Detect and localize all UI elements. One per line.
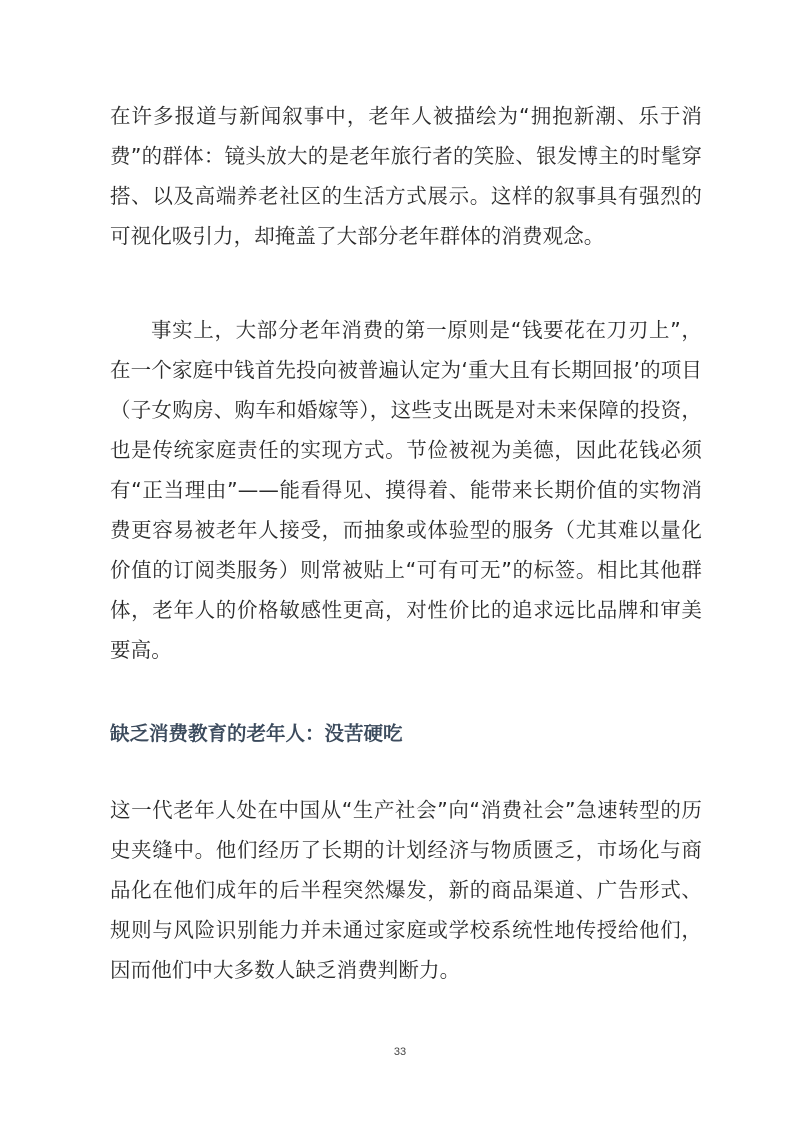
paragraph-consumer-education: 这一代老年人处在中国从“生产社会”向“消费社会”急速转型的历史夹缝中。他们经历了…: [110, 790, 702, 990]
paragraph-consumption-principle: 事实上，大部分老年消费的第一原则是“钱要花在刀刃上”，在一个家庭中钱首先投向被普…: [110, 310, 702, 670]
paragraph-media-narrative: 在许多报道与新闻叙事中，老年人被描绘为“拥抱新潮、乐于消费”的群体：镜头放大的是…: [110, 96, 702, 256]
page-number: 33: [0, 1046, 800, 1058]
paragraph-spacer: [110, 754, 702, 790]
section-heading: 缺乏消费教育的老年人：没苦硬吃: [110, 714, 702, 754]
document-page: 在许多报道与新闻叙事中，老年人被描绘为“拥抱新潮、乐于消费”的群体：镜头放大的是…: [110, 96, 702, 990]
paragraph-spacer: [110, 670, 702, 714]
paragraph-spacer: [110, 256, 702, 310]
